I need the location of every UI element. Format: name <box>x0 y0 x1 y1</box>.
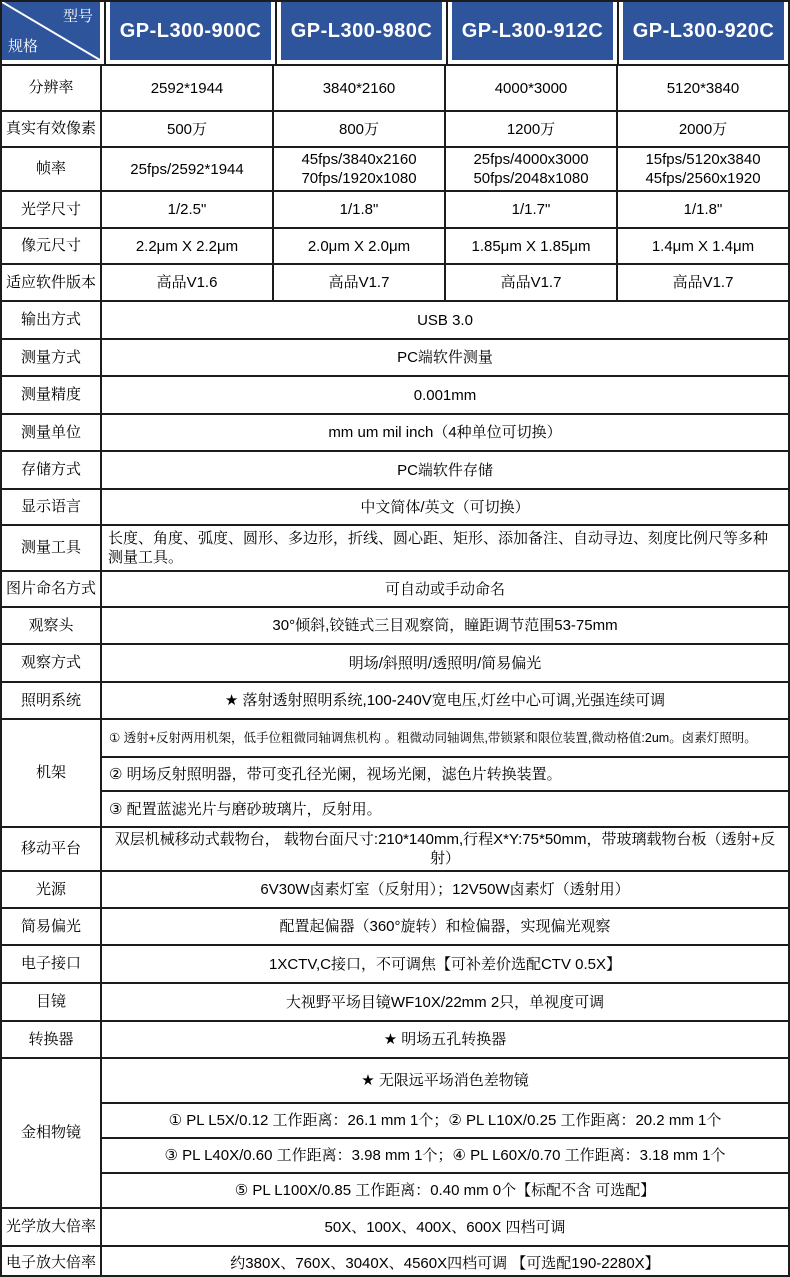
corner-label-model: 型号 <box>63 5 93 26</box>
spec-value-cell: 高品V1.6 <box>102 265 272 300</box>
spec-value-cell: 25fps/4000x300050fps/2048x1080 <box>444 148 616 190</box>
spec-value-cell: 45fps/3840x216070fps/1920x1080 <box>272 148 444 190</box>
group-item: ③ PL L40X/0.60 工作距离：3.98 mm 1个；④ PL L60X… <box>102 1137 788 1172</box>
spec-value-line: 25fps/4000x3000 <box>473 150 588 169</box>
spec-value-cell: 15fps/5120x384045fps/2560x1920 <box>616 148 788 190</box>
spec-row: 帧率25fps/2592*194445fps/3840x216070fps/19… <box>2 146 788 190</box>
model-name: GP-L300-900C <box>110 2 271 60</box>
spec-row: 真实有效像素500万800万1200万2000万 <box>2 110 788 146</box>
row-value-cell: mm um mil inch（4种单位可切换） <box>102 415 788 450</box>
row-label: 光源 <box>2 872 102 907</box>
row-value-cell: USB 3.0 <box>102 302 788 338</box>
row-label: 简易偏光 <box>2 909 102 944</box>
group-item: ① PL L5X/0.12 工作距离：26.1 mm 1个；② PL L10X/… <box>102 1102 788 1137</box>
row-value-cell: 约380X、760X、3040X、4560X四档可调 【可选配190-2280X… <box>102 1247 788 1277</box>
spec-value-cell: 1/2.5" <box>102 192 272 227</box>
row-label: 输出方式 <box>2 302 102 338</box>
row-label: 测量方式 <box>2 340 102 375</box>
row-label: 移动平台 <box>2 828 102 870</box>
full-row: 测量方式PC端软件测量 <box>2 338 788 375</box>
row-label: 照明系统 <box>2 683 102 718</box>
row-label: 显示语言 <box>2 490 102 524</box>
row-label: 观察方式 <box>2 645 102 681</box>
row-label: 帧率 <box>2 148 102 190</box>
model-header-cell: GP-L300-900C <box>104 2 275 64</box>
row-label: 测量精度 <box>2 377 102 413</box>
group-item: ② 明场反射照明器，带可变孔径光阑，视场光阑，滤色片转换装置。 <box>102 756 788 790</box>
full-row: 测量精度0.001mm <box>2 375 788 413</box>
spec-value-cell: 高品V1.7 <box>272 265 444 300</box>
model-name: GP-L300-912C <box>452 2 613 60</box>
row-label: 像元尺寸 <box>2 229 102 263</box>
group-item: ① 透射+反射两用机架，低手位粗微同轴调焦机构 。粗微动同轴调焦,带锁紧和限位装… <box>102 720 788 756</box>
group-items: ★ 无限远平场消色差物镜① PL L5X/0.12 工作距离：26.1 mm 1… <box>102 1059 788 1207</box>
row-label: 分辨率 <box>2 66 102 110</box>
spec-value-cell: 3840*2160 <box>272 66 444 110</box>
spec-row: 光学尺寸1/2.5"1/1.8"1/1.7"1/1.8" <box>2 190 788 227</box>
spec-value-cell: 2.0μm X 2.0μm <box>272 229 444 263</box>
spec-value-cell: 25fps/2592*1944 <box>102 148 272 190</box>
table-header: 型号 规格 GP-L300-900C GP-L300-980C GP-L300-… <box>2 2 788 64</box>
spec-value-cell: 1.85μm X 1.85μm <box>444 229 616 263</box>
row-value-cell: 可自动或手动命名 <box>102 572 788 606</box>
row-value-cell: 中文简体/英文（可切换） <box>102 490 788 524</box>
spec-value-cell: 高品V1.7 <box>616 265 788 300</box>
spec-table: 型号 规格 GP-L300-900C GP-L300-980C GP-L300-… <box>0 0 790 1277</box>
row-label: 电子接口 <box>2 946 102 982</box>
row-label: 转换器 <box>2 1022 102 1057</box>
spec-row: 像元尺寸2.2μm X 2.2μm2.0μm X 2.0μm1.85μm X 1… <box>2 227 788 263</box>
group-item: ③ 配置蓝滤光片与磨砂玻璃片，反射用。 <box>102 790 788 826</box>
spec-value-line: 70fps/1920x1080 <box>301 169 416 188</box>
spec-value-cell: 2592*1944 <box>102 66 272 110</box>
full-row: 目镜大视野平场目镜WF10X/22mm 2只，单视度可调 <box>2 982 788 1020</box>
spec-value-cell: 1/1.7" <box>444 192 616 227</box>
model-header-cell: GP-L300-920C <box>617 2 788 64</box>
full-row: 输出方式USB 3.0 <box>2 300 788 338</box>
corner-cell: 型号 规格 <box>2 2 104 64</box>
corner-cell-box: 型号 规格 <box>2 2 100 60</box>
spec-value-line: 15fps/5120x3840 <box>645 150 760 169</box>
row-value-cell: 0.001mm <box>102 377 788 413</box>
row-label: 存储方式 <box>2 452 102 488</box>
row-label: 金相物镜 <box>2 1059 102 1207</box>
row-label: 光学放大倍率 <box>2 1209 102 1245</box>
model-header-cell: GP-L300-980C <box>275 2 446 64</box>
row-label: 观察头 <box>2 608 102 643</box>
row-value-cell: ★ 明场五孔转换器 <box>102 1022 788 1057</box>
group-item: ⑤ PL L100X/0.85 工作距离：0.40 mm 0个【标配不含 可选配… <box>102 1172 788 1207</box>
spec-value-line: 25fps/2592*1944 <box>130 160 243 179</box>
row-label: 目镜 <box>2 984 102 1020</box>
row-label: 电子放大倍率 <box>2 1247 102 1277</box>
row-label: 光学尺寸 <box>2 192 102 227</box>
group-items: ① 透射+反射两用机架，低手位粗微同轴调焦机构 。粗微动同轴调焦,带锁紧和限位装… <box>102 720 788 826</box>
row-value-cell: ★ 落射透射照明系统,100-240V宽电压,灯丝中心可调,光强连续可调 <box>102 683 788 718</box>
row-label: 图片命名方式 <box>2 572 102 606</box>
row-value-cell: 1XCTV,C接口，不可调焦【可补差价选配CTV 0.5X】 <box>102 946 788 982</box>
row-value-cell: 50X、100X、400X、600X 四档可调 <box>102 1209 788 1245</box>
spec-value-line: 45fps/3840x2160 <box>301 150 416 169</box>
corner-label-spec: 规格 <box>8 35 38 56</box>
full-row: 观察头30°倾斜,铰链式三目观察筒，瞳距调节范围53-75mm <box>2 606 788 643</box>
spec-value-cell: 500万 <box>102 112 272 146</box>
spec-value-cell: 1200万 <box>444 112 616 146</box>
spec-value-cell: 1/1.8" <box>272 192 444 227</box>
full-row: 照明系统★ 落射透射照明系统,100-240V宽电压,灯丝中心可调,光强连续可调 <box>2 681 788 718</box>
full-row: 测量工具长度、角度、弧度、圆形、多边形，折线、圆心距、矩形、添加备注、自动寻边、… <box>2 524 788 570</box>
full-row: 转换器★ 明场五孔转换器 <box>2 1020 788 1057</box>
row-label: 机架 <box>2 720 102 826</box>
spec-value-cell: 1/1.8" <box>616 192 788 227</box>
spec-value-cell: 1.4μm X 1.4μm <box>616 229 788 263</box>
full-row: 电子接口1XCTV,C接口，不可调焦【可补差价选配CTV 0.5X】 <box>2 944 788 982</box>
table-body: 分辨率2592*19443840*21604000*30005120*3840真… <box>2 64 788 1277</box>
spec-value-cell: 4000*3000 <box>444 66 616 110</box>
group-row: 金相物镜★ 无限远平场消色差物镜① PL L5X/0.12 工作距离：26.1 … <box>2 1057 788 1207</box>
spec-row: 适应软件版本高品V1.6高品V1.7高品V1.7高品V1.7 <box>2 263 788 300</box>
spec-value-cell: 2000万 <box>616 112 788 146</box>
row-value-cell: PC端软件存储 <box>102 452 788 488</box>
row-label: 测量单位 <box>2 415 102 450</box>
row-value-cell: 配置起偏器（360°旋转）和检偏器，实现偏光观察 <box>102 909 788 944</box>
row-label: 适应软件版本 <box>2 265 102 300</box>
full-row: 光源6V30W卤素灯室（反射用）；12V50W卤素灯（透射用） <box>2 870 788 907</box>
group-row: 机架① 透射+反射两用机架，低手位粗微同轴调焦机构 。粗微动同轴调焦,带锁紧和限… <box>2 718 788 826</box>
spec-value-line: 45fps/2560x1920 <box>645 169 760 188</box>
row-value-cell: 双层机械移动式载物台， 载物台面尺寸:210*140mm,行程X*Y:75*50… <box>102 828 788 870</box>
spec-value-cell: 5120*3840 <box>616 66 788 110</box>
model-name: GP-L300-920C <box>623 2 784 60</box>
full-row: 移动平台双层机械移动式载物台， 载物台面尺寸:210*140mm,行程X*Y:7… <box>2 826 788 870</box>
row-value-cell: 明场/斜照明/透照明/简易偏光 <box>102 645 788 681</box>
spec-value-cell: 2.2μm X 2.2μm <box>102 229 272 263</box>
spec-value-cell: 800万 <box>272 112 444 146</box>
spec-value-cell: 高品V1.7 <box>444 265 616 300</box>
group-item: ★ 无限远平场消色差物镜 <box>102 1059 788 1102</box>
row-label: 真实有效像素 <box>2 112 102 146</box>
model-name: GP-L300-980C <box>281 2 442 60</box>
full-row: 电子放大倍率约380X、760X、3040X、4560X四档可调 【可选配190… <box>2 1245 788 1277</box>
row-label: 测量工具 <box>2 526 102 570</box>
full-row: 观察方式明场/斜照明/透照明/简易偏光 <box>2 643 788 681</box>
row-value-cell: 6V30W卤素灯室（反射用）；12V50W卤素灯（透射用） <box>102 872 788 907</box>
full-row: 图片命名方式可自动或手动命名 <box>2 570 788 606</box>
row-value-cell: 30°倾斜,铰链式三目观察筒，瞳距调节范围53-75mm <box>102 608 788 643</box>
full-row: 简易偏光配置起偏器（360°旋转）和检偏器，实现偏光观察 <box>2 907 788 944</box>
model-header-cell: GP-L300-912C <box>446 2 617 64</box>
spec-row: 分辨率2592*19443840*21604000*30005120*3840 <box>2 64 788 110</box>
row-value-cell: PC端软件测量 <box>102 340 788 375</box>
full-row: 存储方式PC端软件存储 <box>2 450 788 488</box>
full-row: 显示语言中文简体/英文（可切换） <box>2 488 788 524</box>
row-value-cell: 大视野平场目镜WF10X/22mm 2只，单视度可调 <box>102 984 788 1020</box>
full-row: 测量单位mm um mil inch（4种单位可切换） <box>2 413 788 450</box>
spec-value-line: 50fps/2048x1080 <box>473 169 588 188</box>
full-row: 光学放大倍率50X、100X、400X、600X 四档可调 <box>2 1207 788 1245</box>
row-value-cell: 长度、角度、弧度、圆形、多边形，折线、圆心距、矩形、添加备注、自动寻边、刻度比例… <box>102 526 788 570</box>
